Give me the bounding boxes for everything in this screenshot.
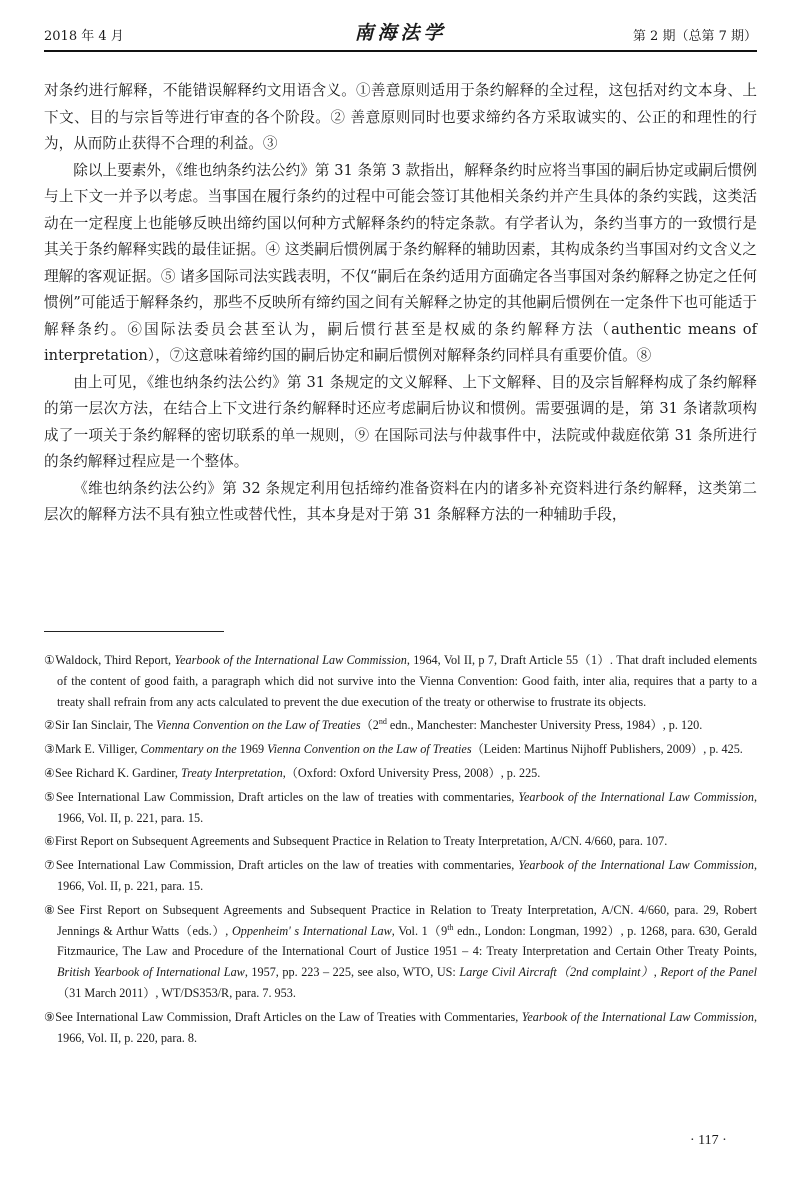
footnote-mark: ⑦: [44, 858, 56, 872]
footnote-9: ⑨See International Law Commission, Draft…: [44, 1007, 757, 1049]
footnote-mark: ⑧: [44, 903, 57, 917]
footnote-mark: ③: [44, 742, 55, 756]
footnote-mark: ①: [44, 653, 55, 667]
footnote-mark: ②: [44, 718, 55, 732]
footnote-5: ⑤See International Law Commission, Draft…: [44, 787, 757, 829]
footnote-4: ④See Richard K. Gardiner, Treaty Interpr…: [44, 763, 757, 784]
footnotes: ①Waldock, Third Report, Yearbook of the …: [44, 650, 757, 1051]
page-number: · 117 ·: [690, 1133, 727, 1149]
footnote-mark: ⑤: [44, 790, 56, 804]
paragraph: 对条约进行解释，不能错误解释约文用语含义。①善意原则适用于条约解释的全过程，这包…: [44, 78, 757, 158]
footnote-divider: [44, 631, 224, 632]
footnote-8: ⑧See First Report on Subsequent Agreemen…: [44, 900, 757, 1004]
footnote-mark: ⑨: [44, 1010, 55, 1024]
footnote-2: ②Sir Ian Sinclair, The Vienna Convention…: [44, 715, 757, 736]
body-text: 对条约进行解释，不能错误解释约文用语含义。①善意原则适用于条约解释的全过程，这包…: [44, 78, 757, 529]
footnote-7: ⑦See International Law Commission, Draft…: [44, 855, 757, 897]
paragraph: 由上可见，《维也纳条约法公约》第 31 条规定的文义解释、上下文解释、目的及宗旨…: [44, 370, 757, 476]
paragraph: 除以上要素外，《维也纳条约法公约》第 31 条第 3 款指出，解释条约时应将当事…: [44, 158, 757, 370]
footnote-1: ①Waldock, Third Report, Yearbook of the …: [44, 650, 757, 712]
footnote-3: ③Mark E. Villiger, Commentary on the 196…: [44, 739, 757, 760]
header-issue: 第 2 期（总第 7 期）: [633, 28, 757, 46]
footnote-6: ⑥First Report on Subsequent Agreements a…: [44, 831, 757, 852]
footnote-mark: ⑥: [44, 834, 55, 848]
footnote-mark: ④: [44, 766, 55, 780]
paragraph: 《维也纳条约法公约》第 32 条规定利用包括缔约准备资料在内的诸多补充资料进行条…: [44, 476, 757, 529]
page-header: 2018 年 4 月 南海法学 第 2 期（总第 7 期）: [44, 28, 757, 52]
